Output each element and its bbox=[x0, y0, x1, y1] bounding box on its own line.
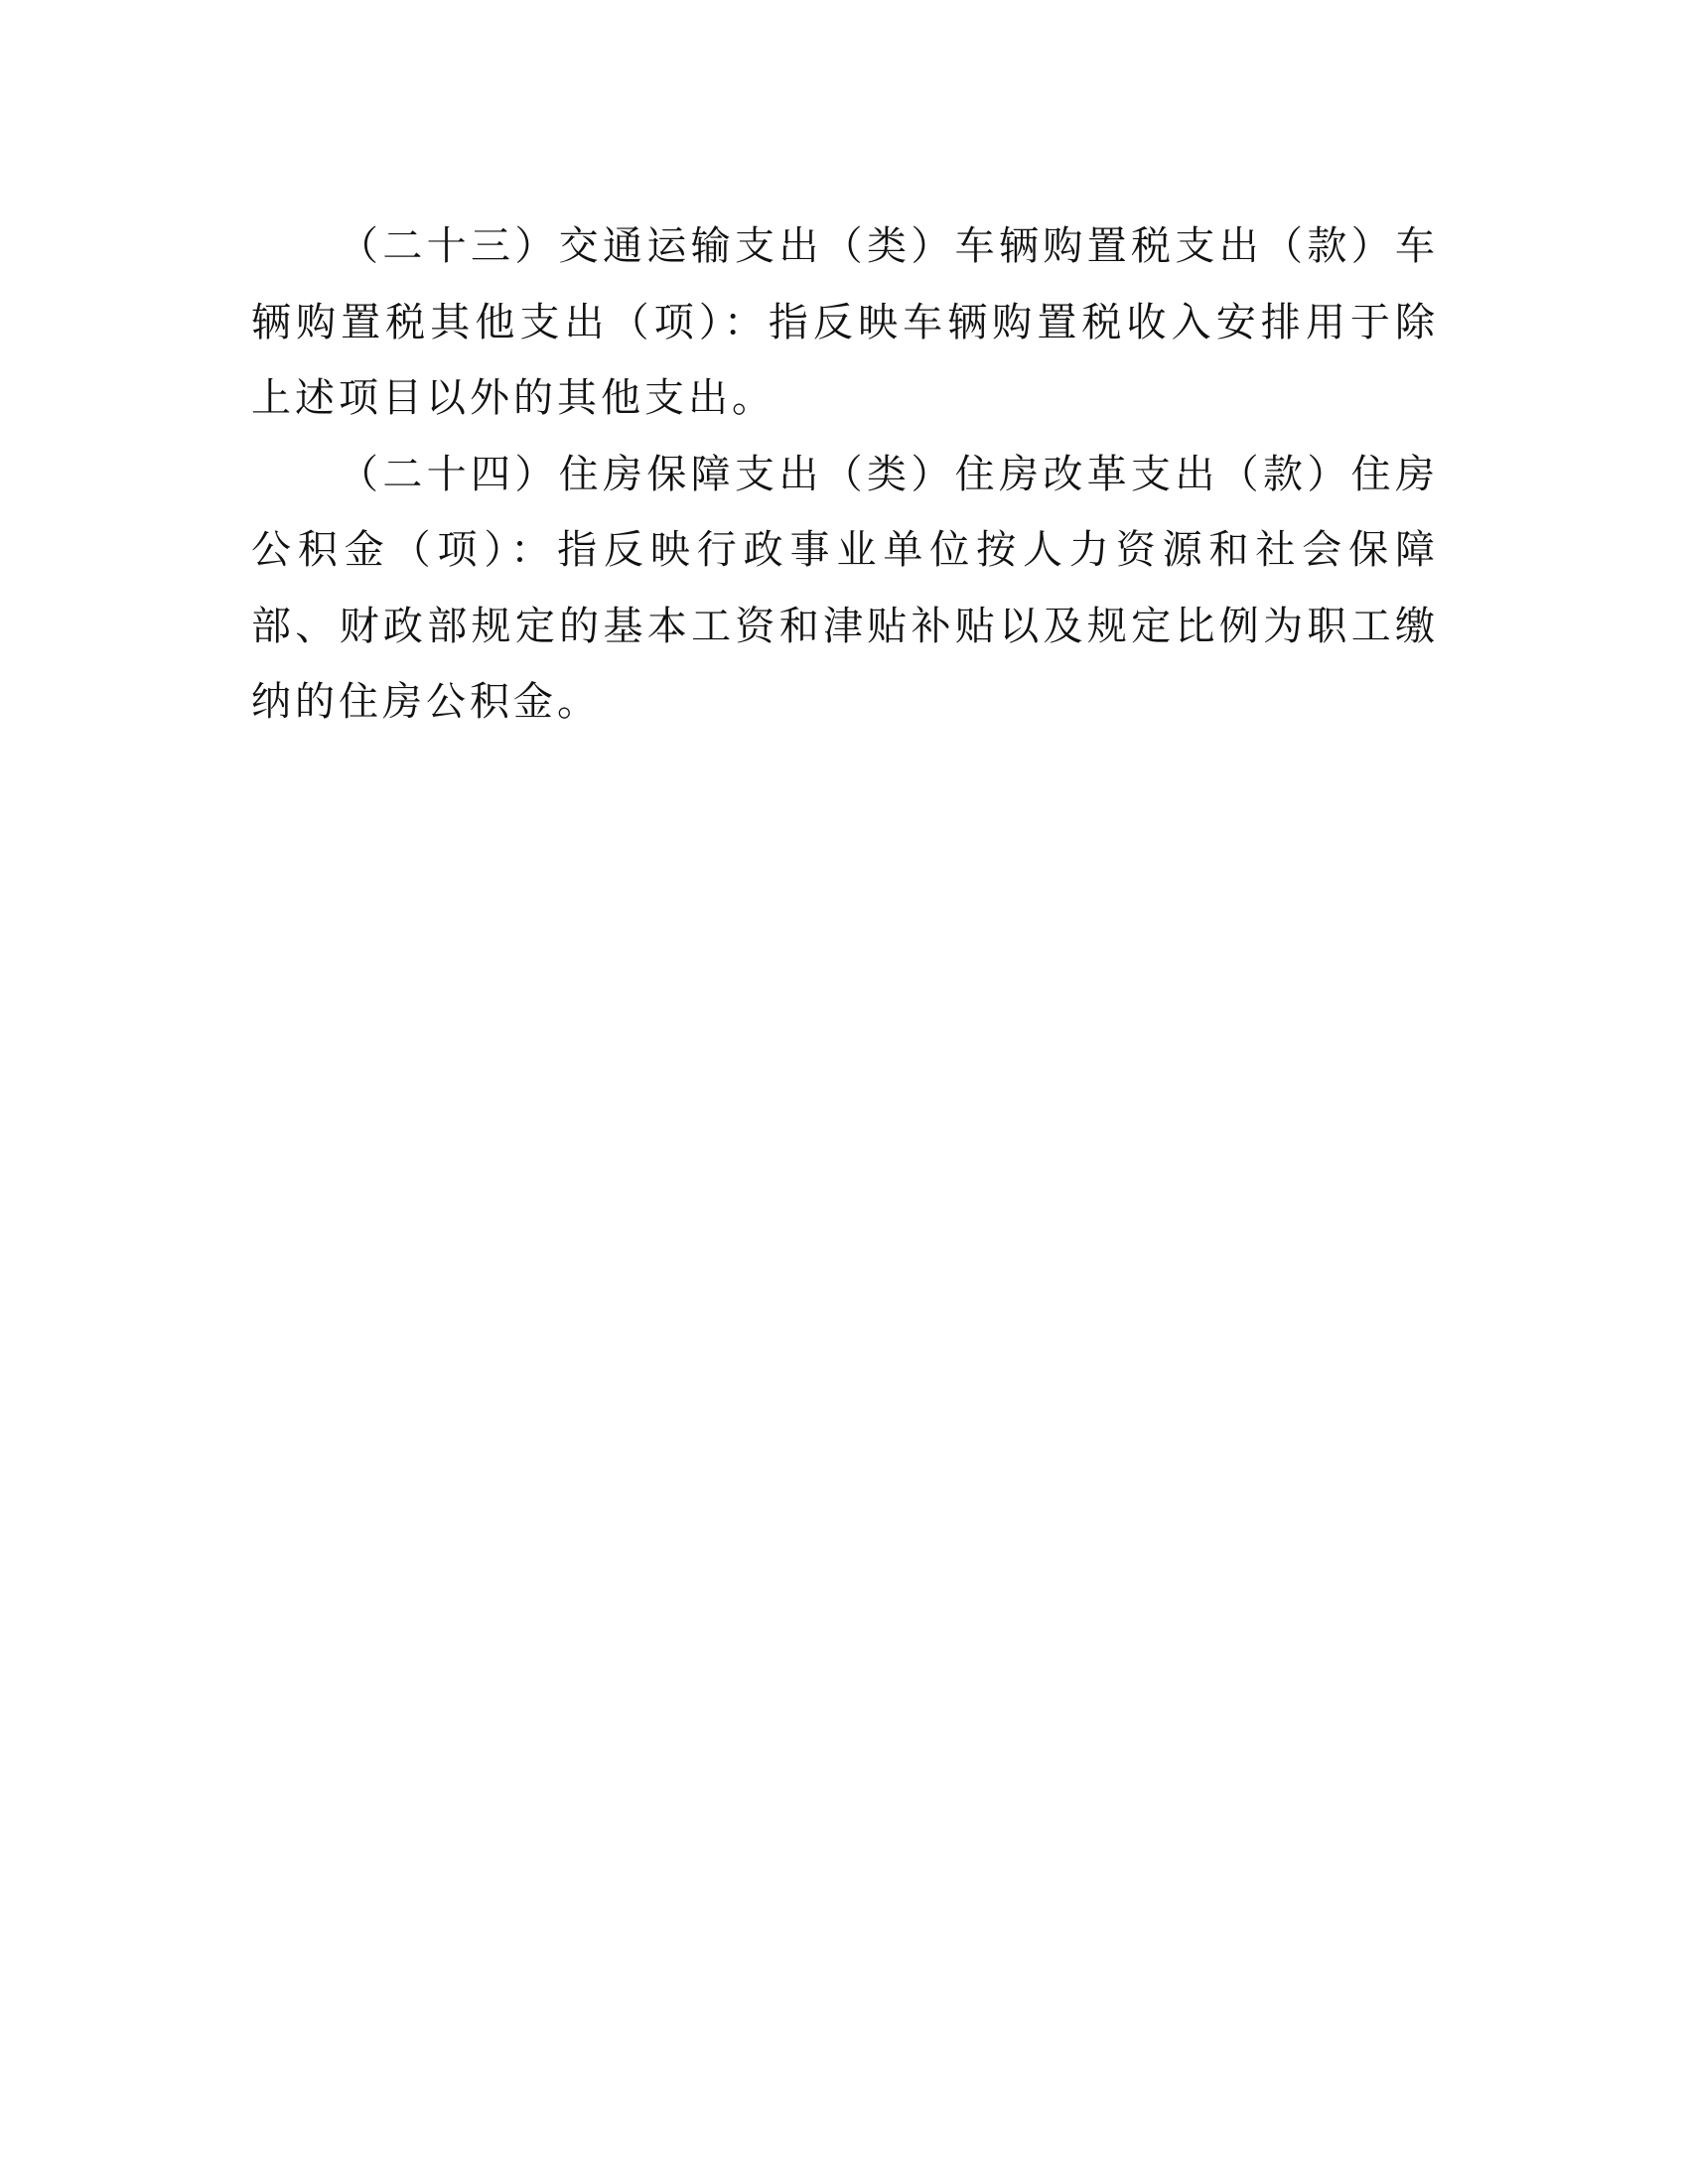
paragraph-vehicle-purchase-tax-other: （二十三）交通运输支出（类）车辆购置税支出（款）车辆购置税其他支出（项）：指反映… bbox=[251, 208, 1439, 437]
paragraph-housing-provident-fund: （二十四）住房保障支出（类）住房改革支出（款）住房公积金（项）：指反映行政事业单… bbox=[251, 437, 1439, 741]
document-page: （二十三）交通运输支出（类）车辆购置税支出（款）车辆购置税其他支出（项）：指反映… bbox=[251, 208, 1439, 741]
